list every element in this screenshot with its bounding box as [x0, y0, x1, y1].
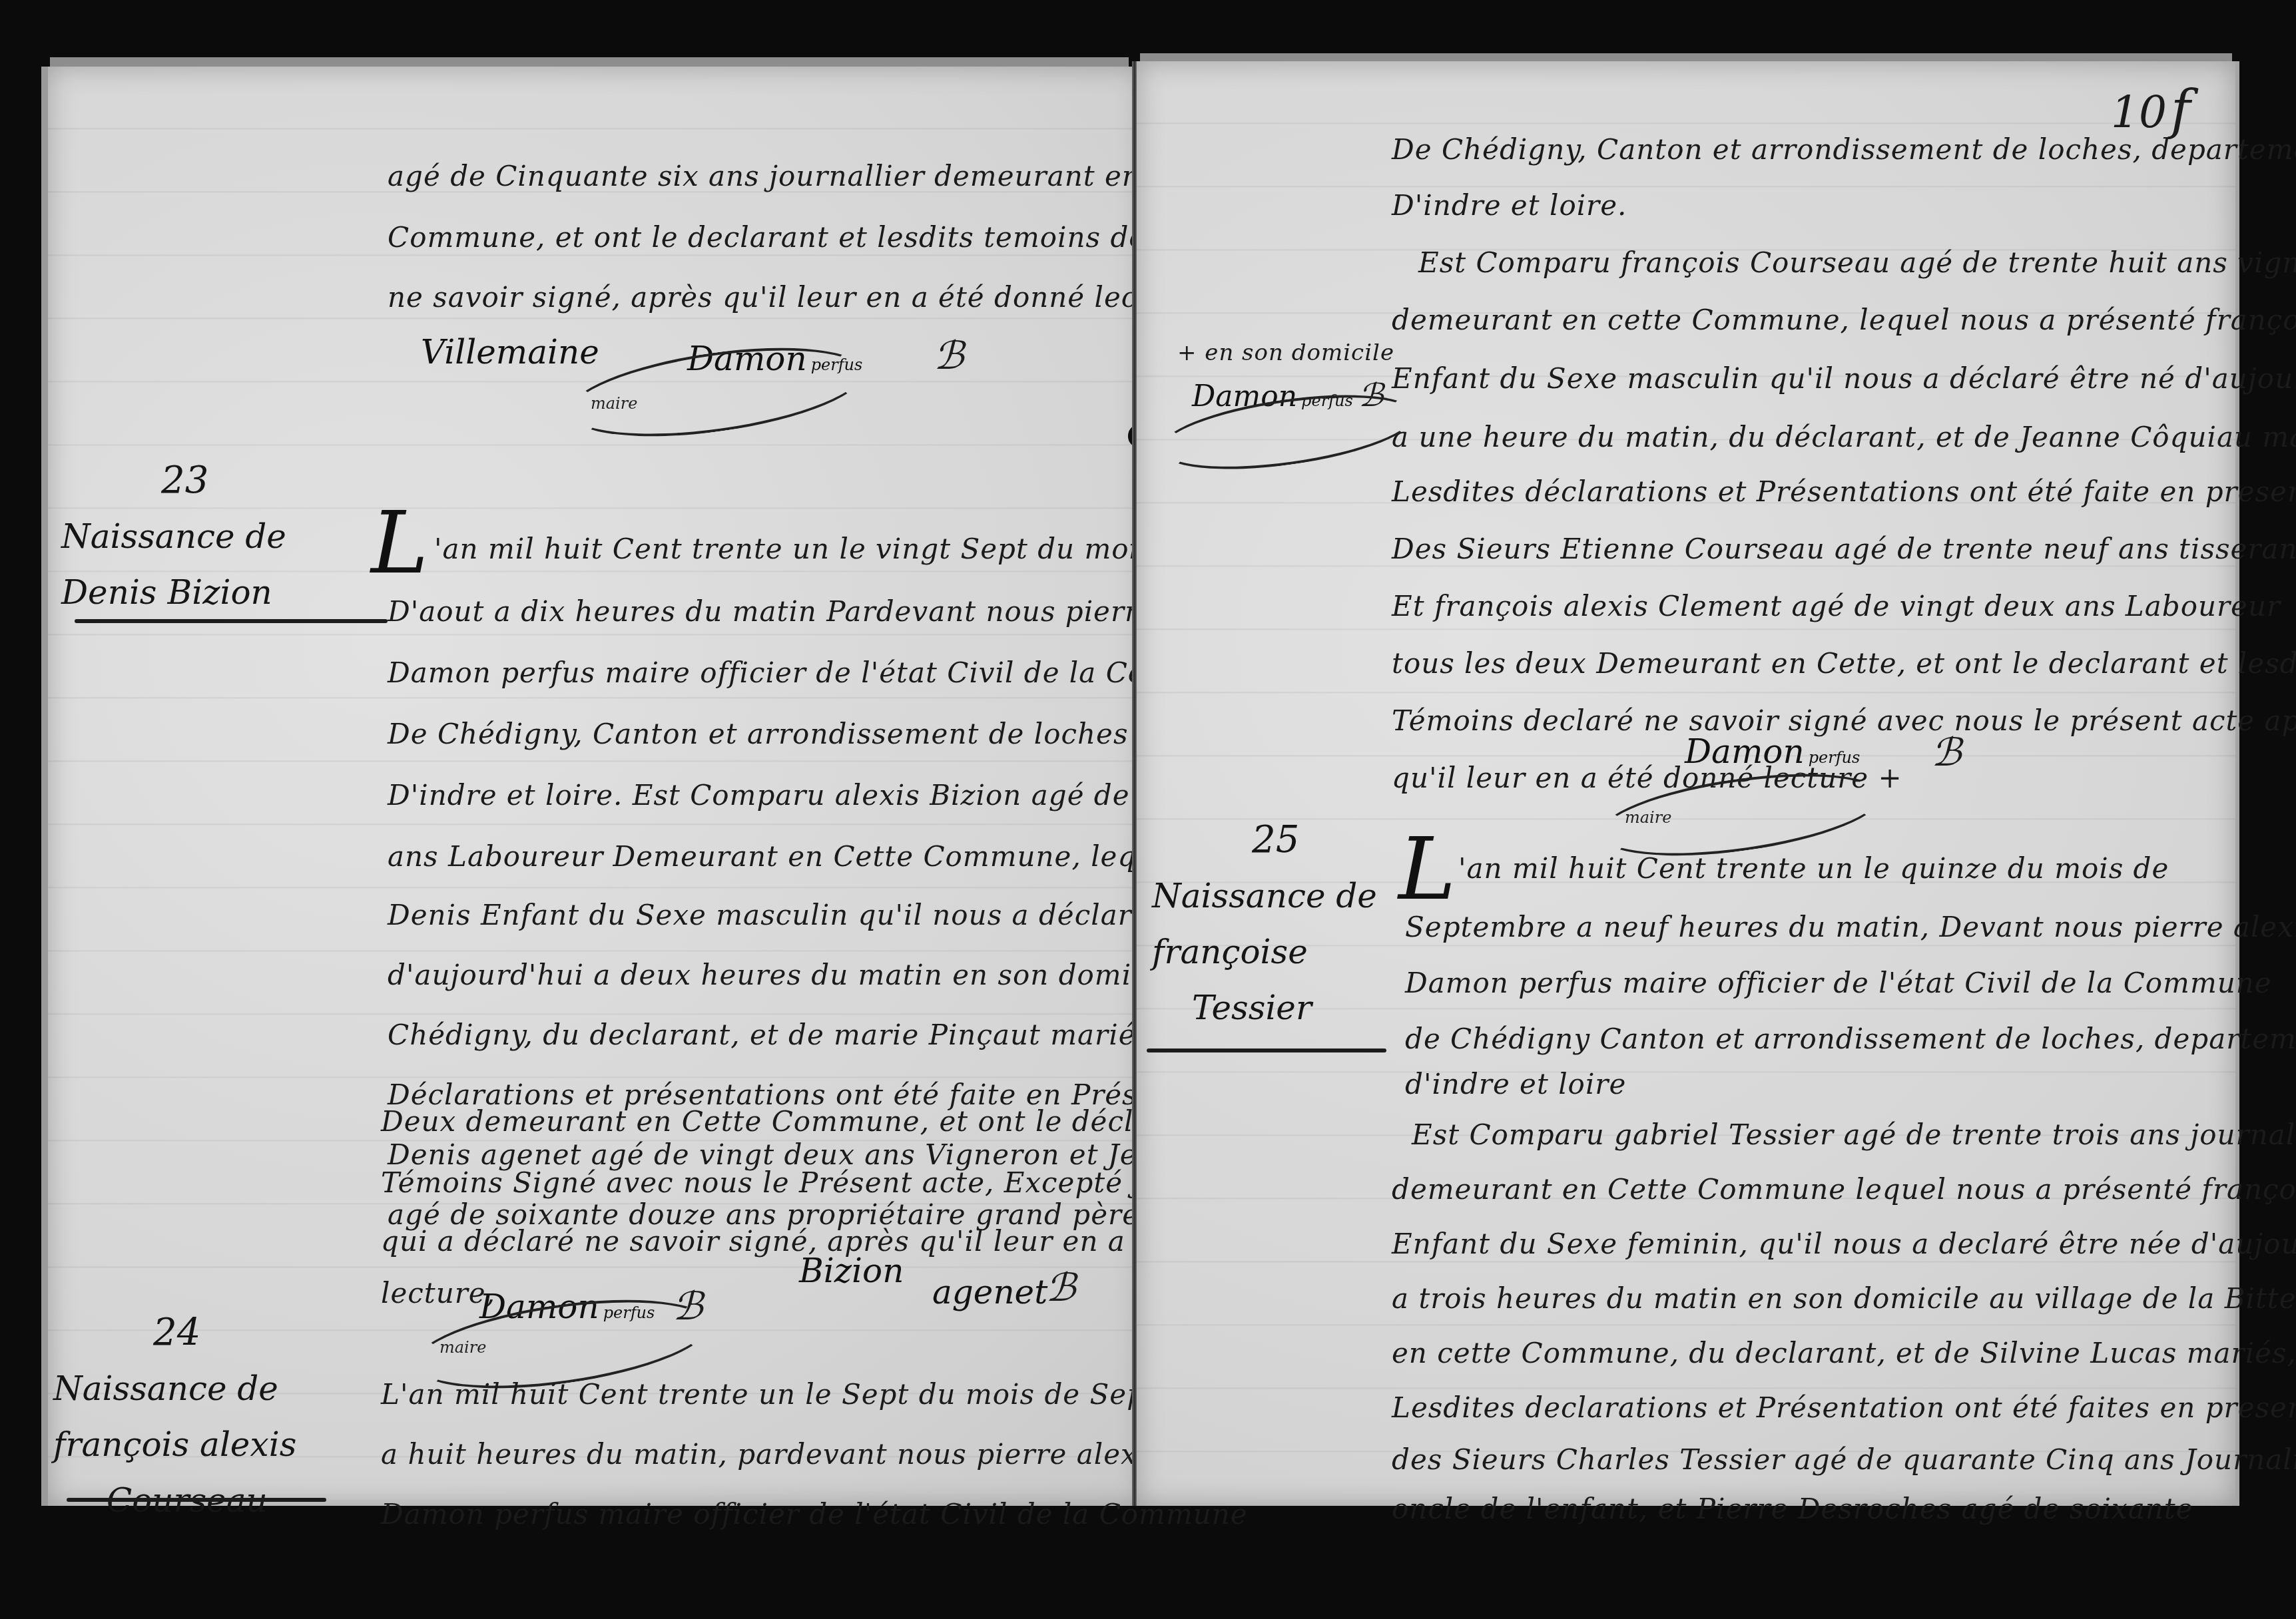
entry-25-margin-heading: 25 Naissance de françoise Tessier: [1152, 812, 1377, 1036]
entry-line: Damon perfus maire officier de l'état Ci…: [381, 1498, 1248, 1530]
entry-line: Enfant du Sexe feminin, qu'il nous a dec…: [1392, 1228, 2296, 1260]
entry-line: des Sieurs Charles Tessier agé de quaran…: [1392, 1443, 2296, 1476]
witness-signature: Villemaine: [421, 333, 599, 371]
entry-line-text: 'an mil huit Cent trente un le Sept du m…: [400, 1378, 1252, 1411]
continuation-line: Des Sieurs Etienne Courseau agé de trent…: [1392, 533, 2296, 565]
entry-23-margin-heading: 23 Naissance de Denis Bizion: [61, 453, 286, 620]
entry-line: a trois heures du matin en son domicile …: [1392, 1282, 2296, 1315]
entry-line: Septembre a neuf heures du matin, Devant…: [1405, 911, 2296, 943]
entry-line: 'an mil huit Cent trente un le quinze du…: [1458, 852, 2169, 885]
father-signature: Bizion: [799, 1252, 904, 1290]
entry-line: L'an mil huit Cent trente un le Sept du …: [381, 1378, 1251, 1411]
continuation-line: Enfant du Sexe masculin qu'il nous a déc…: [1392, 362, 2296, 395]
entry-margin-title: Naissance de: [1152, 877, 1377, 915]
entry-margin-name: Tessier: [1152, 989, 1312, 1027]
margin-note: + en son domicile: [1177, 340, 1394, 366]
entry-line: 'an mil huit Cent trente un le vingt Sep…: [434, 533, 1154, 565]
entry-number: 24: [53, 1305, 296, 1361]
continuation-line: Et françois alexis Clement agé de vingt …: [1392, 590, 2281, 622]
entry-initial-letter: L: [371, 499, 428, 586]
entry-line: en cette Commune, du declarant, et de Si…: [1392, 1337, 2296, 1369]
entry-separator-rule: [1147, 1048, 1386, 1052]
entry-number: 23: [61, 453, 286, 509]
entry-line: de Chédigny Canton et arrondissement de …: [1405, 1023, 2296, 1055]
entry-number: 25: [1152, 812, 1377, 868]
entry-margin-title: Naissance de: [61, 517, 286, 556]
entry-initial-letter: L: [381, 1378, 400, 1411]
page-paraphe-mark: f: [2171, 79, 2191, 140]
entry-line: Damon perfus maire officier de l'état Ci…: [388, 656, 1255, 689]
entry-line: oncle de l'enfant, et Pierre Desroches a…: [1392, 1493, 2193, 1525]
paraphe-mark: ℬ: [934, 333, 964, 378]
continuation-line: Lesdites déclarations et Présentations o…: [1392, 475, 2296, 508]
entry-separator-rule: [75, 619, 388, 623]
entry-separator-rule: [67, 1498, 326, 1502]
entry-margin-name: Denis Bizion: [61, 573, 272, 612]
entry-line: a huit heures du matin, pardevant nous p…: [381, 1438, 1162, 1471]
entry-line: D'aout a dix heures du matin Pardevant n…: [388, 595, 1251, 628]
entry-margin-name: françois alexis: [53, 1425, 296, 1464]
continuation-line: Commune, et ont le declarant et lesdits …: [388, 221, 1221, 254]
paraphe-mark: ℬ: [1045, 1265, 1076, 1310]
mayor-signature: Damonperfus: [1685, 732, 1860, 771]
entry-line: d'indre et loire: [1405, 1068, 1626, 1100]
page-number: 10: [2111, 87, 2167, 138]
entry-line: lecture,: [381, 1277, 495, 1309]
continuation-line: Est Comparu françois Courseau agé de tre…: [1418, 246, 2296, 279]
entry-line: demeurant en Cette Commune lequel nous a…: [1392, 1173, 2296, 1206]
witness-signature: agenet: [932, 1273, 1047, 1311]
entry-margin-name: françoise: [1152, 933, 1308, 971]
paraphe-mark: ℬ: [1931, 730, 1962, 775]
mayor-signature-name: Damon: [1685, 732, 1805, 771]
continuation-line: a une heure du matin, du déclarant, et d…: [1392, 421, 2296, 453]
entry-margin-title: Naissance de: [53, 1369, 278, 1408]
entry-line: Damon perfus maire officier de l'état Ci…: [1405, 967, 2272, 999]
bleed-through-text: [927, 133, 934, 160]
continuation-line: ne savoir signé, après qu'il leur en a é…: [388, 281, 1199, 314]
continuation-line: D'indre et loire.: [1392, 189, 1627, 222]
entry-24-margin-heading: 24 Naissance de françois alexis Courseau: [53, 1305, 296, 1528]
entry-line: Est Comparu gabriel Tessier agé de trent…: [1412, 1118, 2296, 1151]
continuation-line: demeurant en cette Commune, lequel nous …: [1392, 304, 2296, 336]
continuation-line: agé de Cinquante six ans journallier dem…: [388, 160, 1225, 192]
continuation-line: tous les deux Demeurant en Cette, et ont…: [1392, 647, 2296, 680]
continuation-line: De Chédigny, Canton et arrondissement de…: [1392, 133, 2296, 166]
mayor-signature-title: perfus: [1809, 748, 1861, 767]
entry-initial-letter: L: [1398, 825, 1456, 912]
entry-line: Lesdites declarations et Présentation on…: [1392, 1391, 2296, 1424]
